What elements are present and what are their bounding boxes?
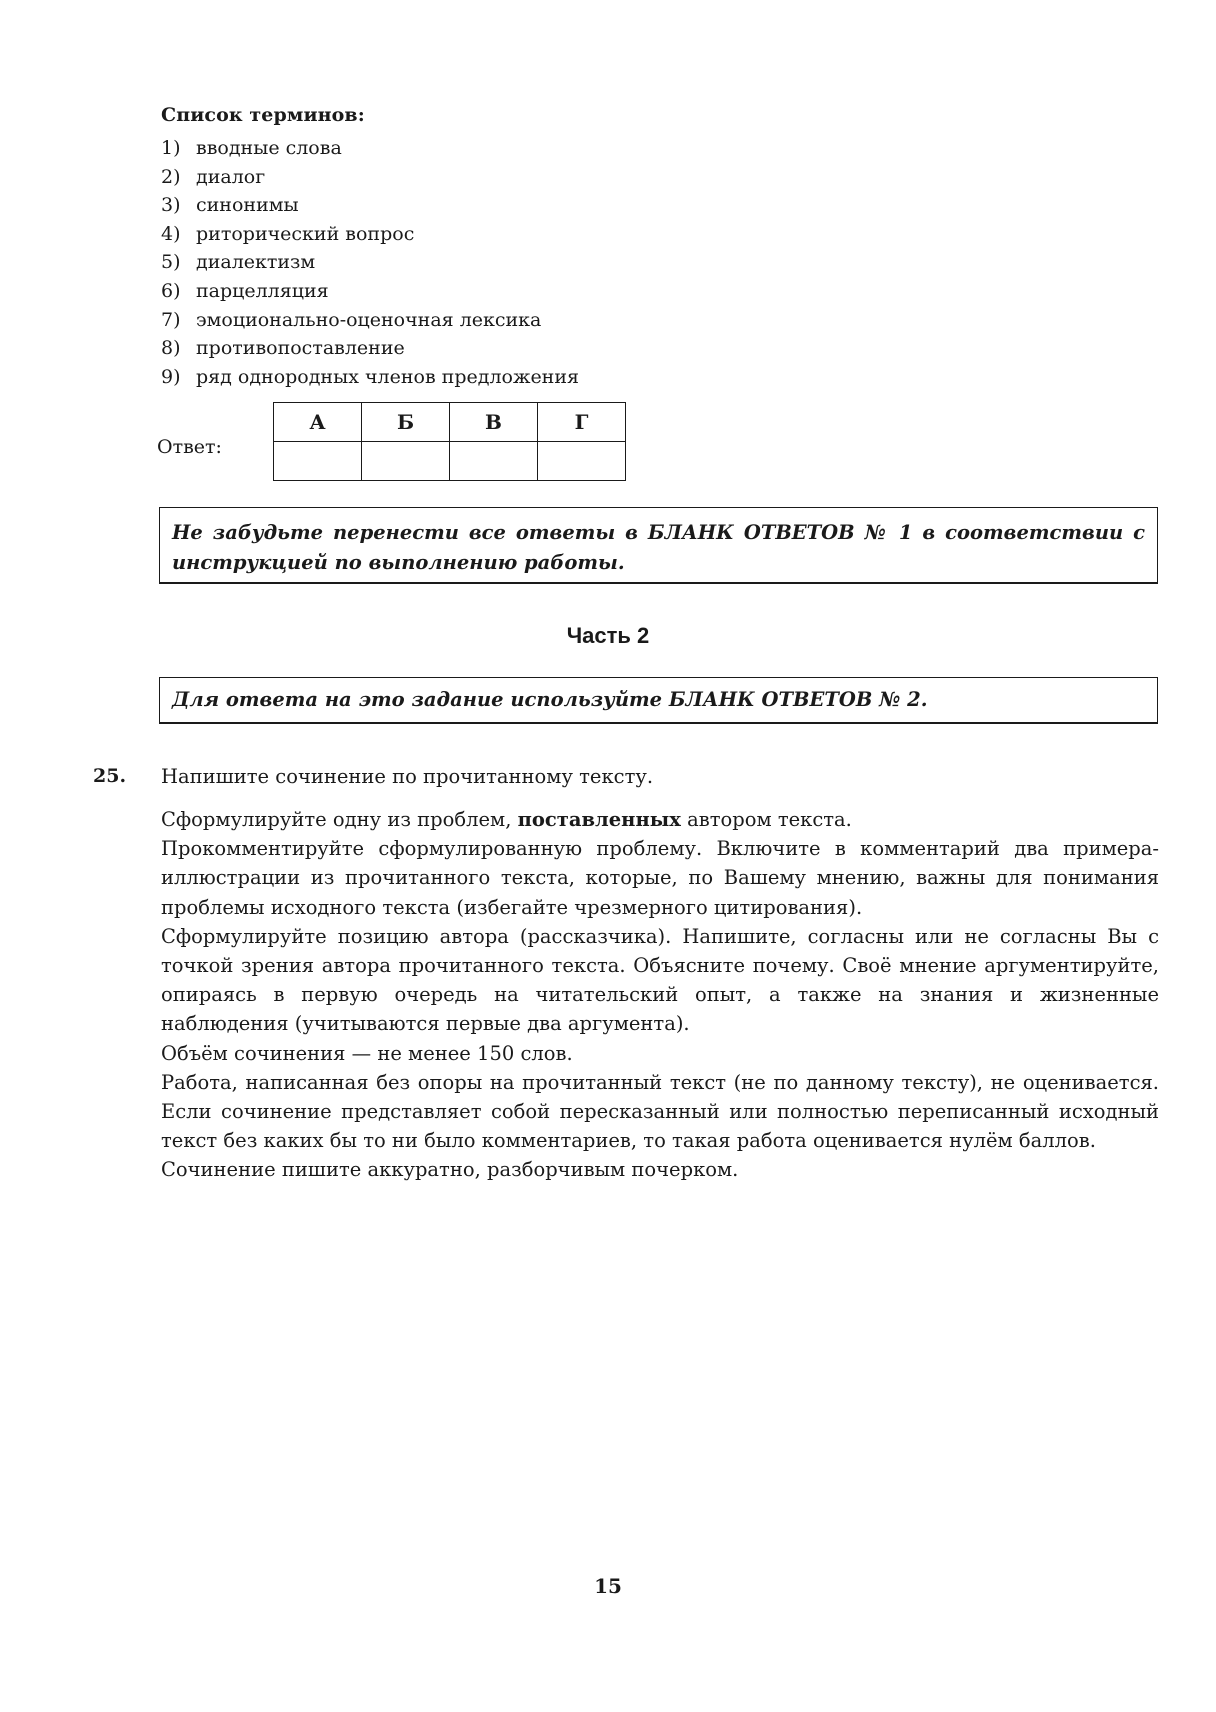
list-item: 7)эмоционально-оценочная лексика <box>161 306 579 335</box>
term-label: противопоставление <box>196 334 405 363</box>
task-paragraph: Сформулируйте позицию автора (рассказчик… <box>161 922 1159 1039</box>
answer-table: А Б В Г <box>273 402 626 481</box>
list-item: 5)диалектизм <box>161 248 579 277</box>
term-label: диалектизм <box>196 248 315 277</box>
answer-cell-a[interactable] <box>274 442 362 481</box>
document-page: Список терминов: 1)вводные слова 2)диало… <box>0 0 1216 1712</box>
task-text: Сформулируйте одну из проблем, <box>161 808 518 831</box>
answer-cell-g[interactable] <box>538 442 626 481</box>
terms-list: 1)вводные слова 2)диалог 3)синонимы 4)ри… <box>161 134 579 391</box>
answer-column-header: А <box>274 403 362 442</box>
term-number: 4) <box>161 220 196 249</box>
answer-header-row: А Б В Г <box>274 403 626 442</box>
term-number: 1) <box>161 134 196 163</box>
list-item: 3)синонимы <box>161 191 579 220</box>
term-number: 3) <box>161 191 196 220</box>
list-item: 9)ряд однородных членов предложения <box>161 363 579 392</box>
term-number: 2) <box>161 163 196 192</box>
list-item: 2)диалог <box>161 163 579 192</box>
task-text: автором текста. <box>681 808 852 831</box>
term-number: 7) <box>161 306 196 335</box>
answer-label: Ответ: <box>157 436 222 458</box>
list-item: 1)вводные слова <box>161 134 579 163</box>
task-paragraph: Сформулируйте одну из проблем, поставлен… <box>161 805 1159 834</box>
term-label: диалог <box>196 163 265 192</box>
answer-cell-v[interactable] <box>450 442 538 481</box>
answer-cell-b[interactable] <box>362 442 450 481</box>
term-label: синонимы <box>196 191 299 220</box>
term-number: 9) <box>161 363 196 392</box>
list-item: 6)парцелляция <box>161 277 579 306</box>
task-paragraph: Работа, написанная без опоры на прочитан… <box>161 1068 1159 1156</box>
term-label: ряд однородных членов предложения <box>196 363 579 392</box>
answer-column-header: Б <box>362 403 450 442</box>
list-item: 8)противопоставление <box>161 334 579 363</box>
page-number: 15 <box>0 1574 1216 1598</box>
task-paragraph: Прокомментируйте сформулированную пробле… <box>161 834 1159 922</box>
list-item: 4)риторический вопрос <box>161 220 579 249</box>
terms-list-title: Список терминов: <box>161 104 365 126</box>
answer-column-header: В <box>450 403 538 442</box>
part-title: Часть 2 <box>0 623 1216 649</box>
term-number: 8) <box>161 334 196 363</box>
answer-value-row <box>274 442 626 481</box>
part2-instruction-box: Для ответа на это задание используйте БЛ… <box>159 677 1158 724</box>
term-label: риторический вопрос <box>196 220 414 249</box>
transfer-reminder-box: Не забудьте перенести все ответы в БЛАНК… <box>159 507 1158 584</box>
task-paragraph: Объём сочинения — не менее 150 слов. <box>161 1039 1159 1068</box>
term-number: 5) <box>161 248 196 277</box>
term-number: 6) <box>161 277 196 306</box>
task-text-bold: поставленных <box>518 808 681 831</box>
task-number: 25. <box>93 765 126 787</box>
task-body: Сформулируйте одну из проблем, поставлен… <box>161 805 1159 1185</box>
term-label: парцелляция <box>196 277 329 306</box>
term-label: эмоционально-оценочная лексика <box>196 306 541 335</box>
term-label: вводные слова <box>196 134 342 163</box>
answer-column-header: Г <box>538 403 626 442</box>
task-paragraph: Сочинение пишите аккуратно, разборчивым … <box>161 1155 1159 1184</box>
task-intro: Напишите сочинение по прочитанному текст… <box>161 765 653 788</box>
